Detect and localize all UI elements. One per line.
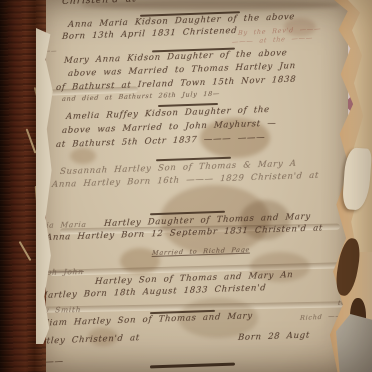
stain	[70, 148, 96, 164]
photo-of-register-book: Christen'd at ——— ——— ——— Anna Maria Kid…	[0, 0, 372, 372]
